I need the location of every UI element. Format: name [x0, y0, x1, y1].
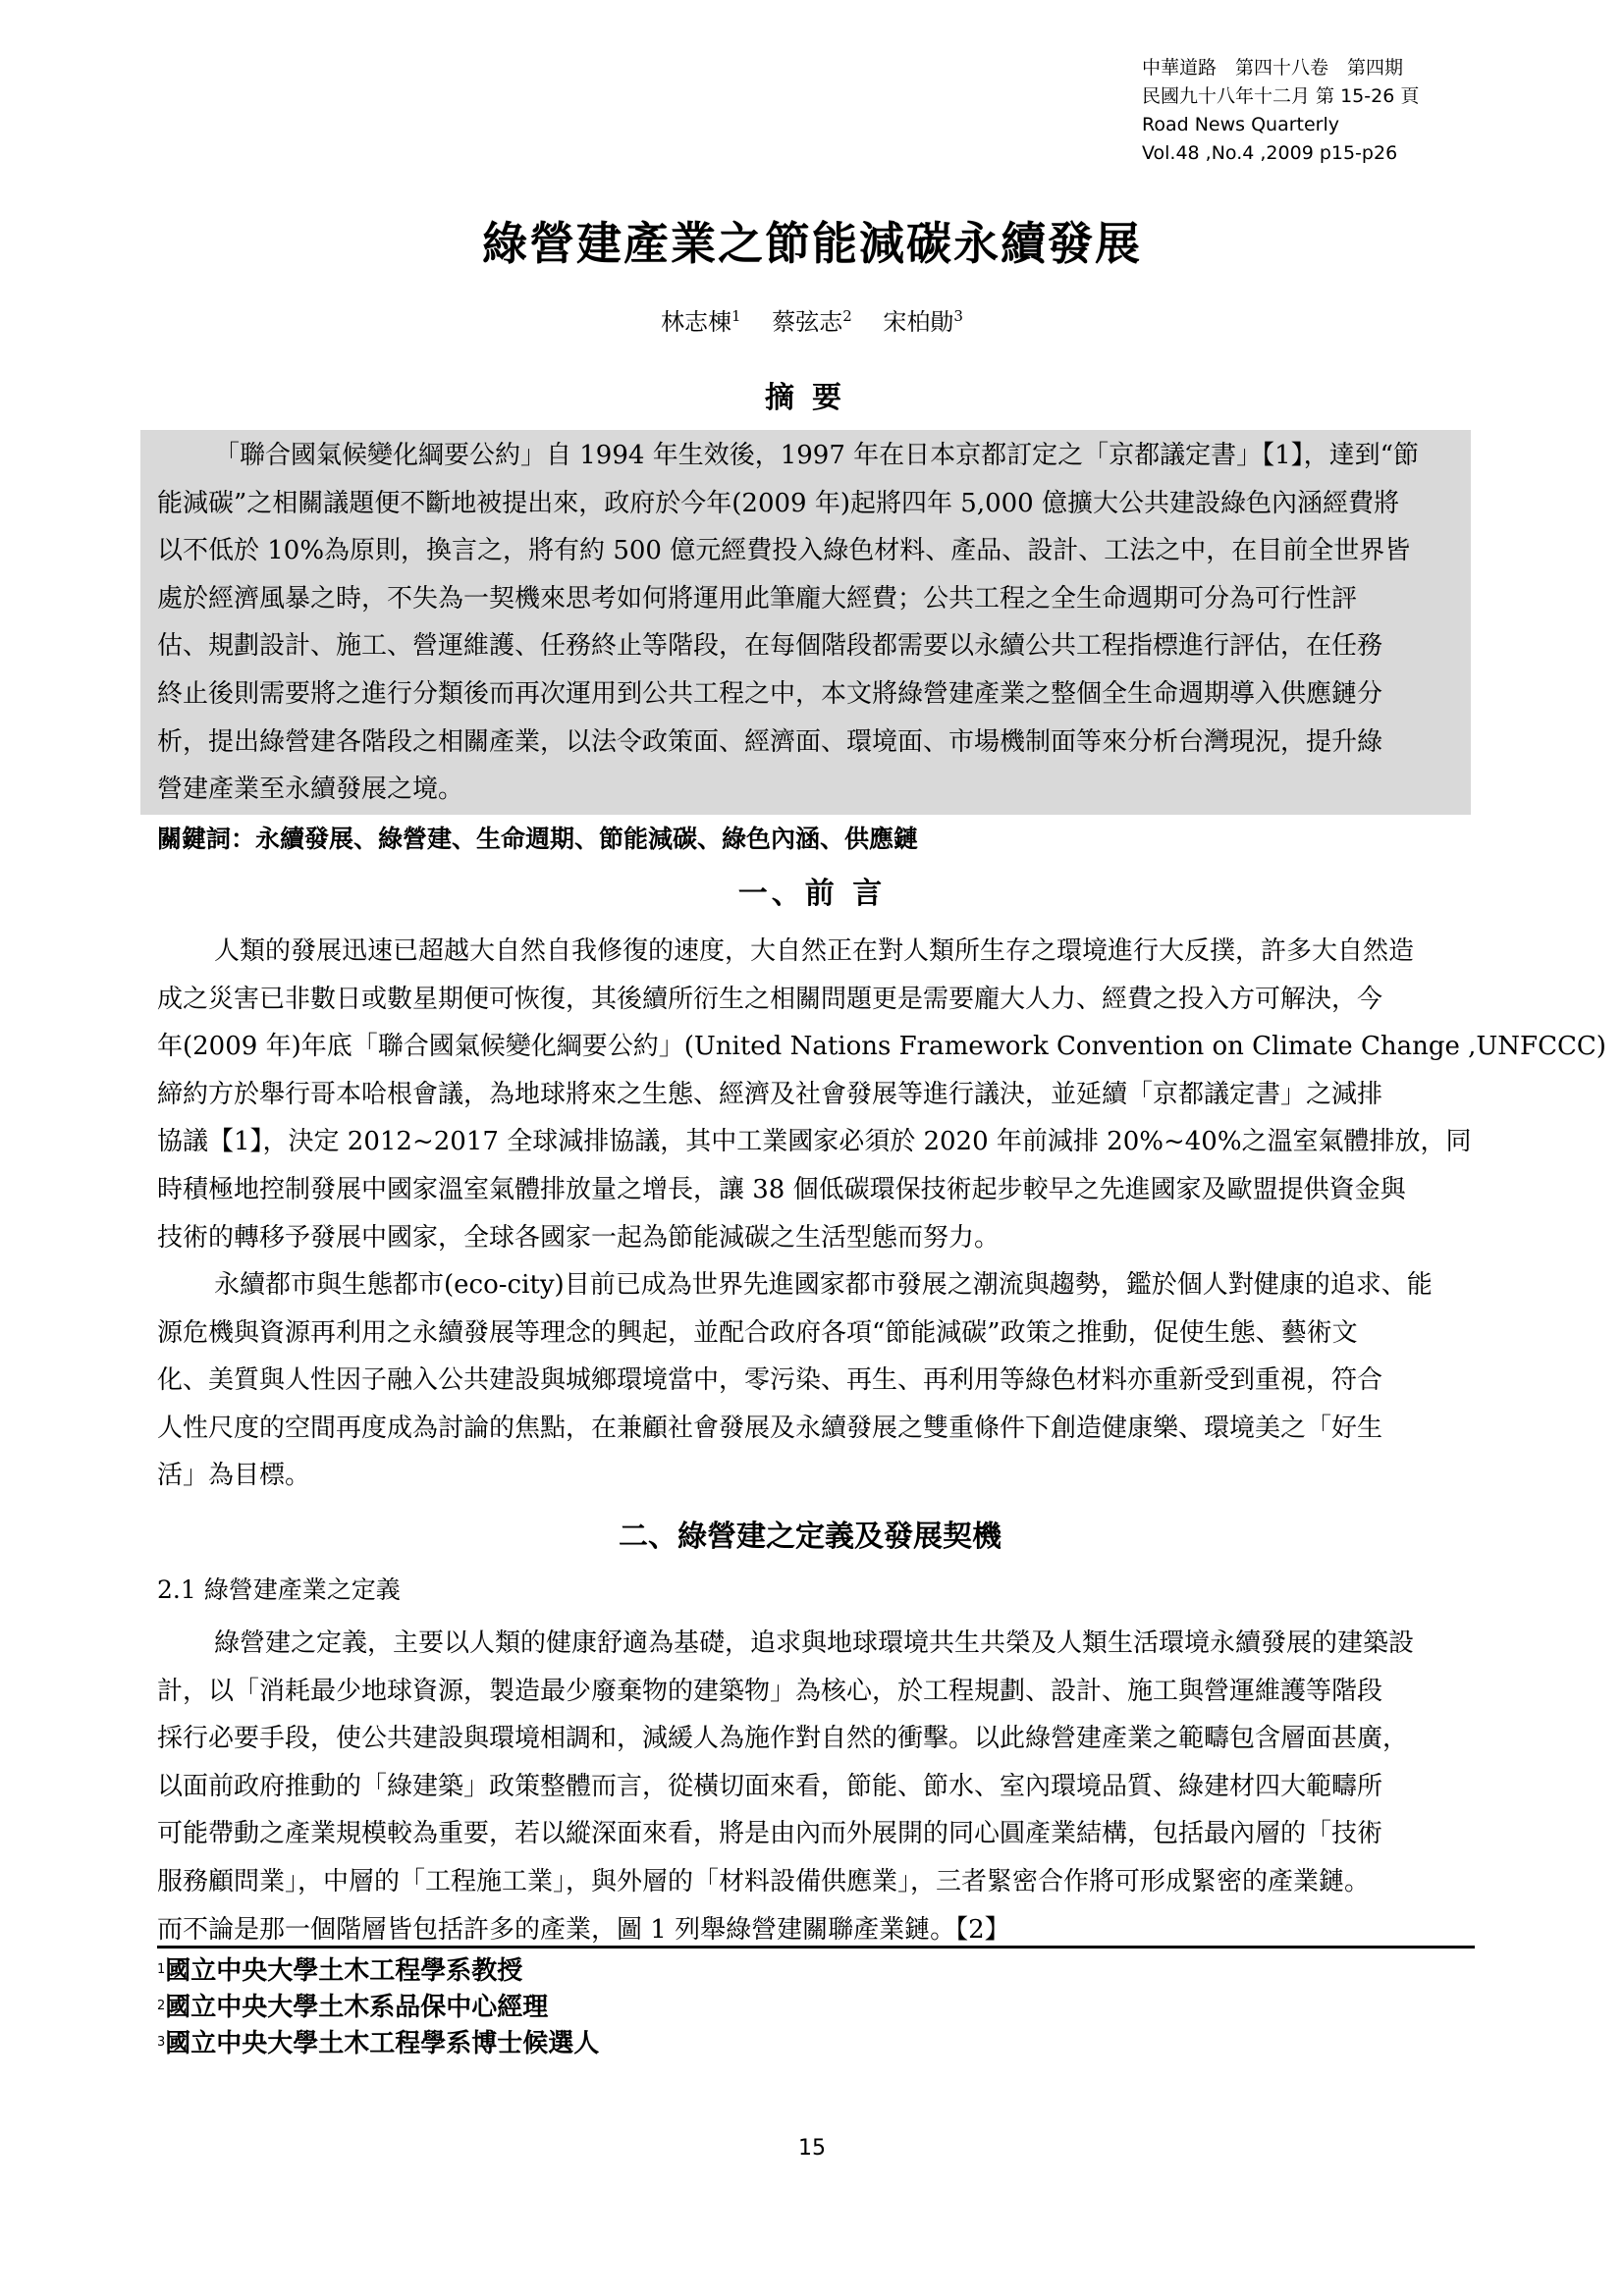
- author-name: 蔡弦志: [772, 308, 842, 336]
- intro-paragraph-1: 人類的發展迅速已超越大自然自我修復的速度，大自然正在對人類所生存之環境進行大反撲…: [157, 928, 1478, 1261]
- author-name: 宋柏勛: [883, 308, 953, 336]
- text-line: 以面前政府推動的「綠建築」政策整體而言，從橫切面來看，節能、節水、室內環境品質、…: [157, 1763, 1478, 1811]
- intro-paragraph-2: 永續都市與生態都市(eco-city)目前已成為世界先進國家都市發展之潮流與趨勢…: [157, 1261, 1478, 1500]
- abstract-line: 營建產業至永續發展之境。: [157, 766, 1468, 814]
- section-heading-introduction: 一、前 言: [0, 869, 1624, 912]
- author: 蔡弦志2: [772, 308, 852, 336]
- abstract-line: 處於經濟風暴之時，不失為一契機來思考如何將運用此筆龐大經費；公共工程之全生命週期…: [157, 575, 1468, 623]
- paper-title: 綠營建產業之節能減碳永續發展: [0, 208, 1624, 273]
- journal-header: 中華道路 第四十八卷 第四期 民國九十八年十二月 第 15-26 頁 Road …: [1142, 54, 1515, 168]
- author-affiliation-mark: 1: [731, 307, 741, 325]
- text-line: 活」為目標。: [157, 1452, 1478, 1500]
- text-line: 永續都市與生態都市(eco-city)目前已成為世界先進國家都市發展之潮流與趨勢…: [157, 1261, 1478, 1309]
- abstract-line: 終止後則需要將之進行分類後而再次運用到公共工程之中，本文將綠營建產業之整個全生命…: [157, 670, 1468, 719]
- author: 宋柏勛3: [883, 308, 963, 336]
- abstract-line: 「聯合國氣候變化綱要公約」自 1994 年生效後，1997 年在日本京都訂定之「…: [157, 432, 1468, 480]
- abstract-body: 「聯合國氣候變化綱要公約」自 1994 年生效後，1997 年在日本京都訂定之「…: [157, 432, 1468, 814]
- text-line: 服務顧問業」，中層的「工程施工業」，與外層的「材料設備供應業」，三者緊密合作將可…: [157, 1858, 1478, 1906]
- section-heading-green-construction: 二、綠營建之定義及發展契機: [137, 1512, 1483, 1555]
- footnote: 2國立中央大學土木系品保中心經理: [157, 1990, 599, 2026]
- definition-paragraph: 綠營建之定義，主要以人類的健康舒適為基礎，追求與地球環境共生共榮及人類生活環境永…: [157, 1620, 1478, 1953]
- text-line: 源危機與資源再利用之永續發展等理念的興起，並配合政府各項“節能減碳”政策之推動，…: [157, 1309, 1478, 1358]
- abstract-line: 以不低於 10%為原則，換言之，將有約 500 億元經費投入綠色材料、產品、設計…: [157, 527, 1468, 575]
- subsection-title: 2.1 綠營建產業之定義: [157, 1571, 401, 1606]
- journal-name-en: Road News Quarterly: [1142, 111, 1515, 139]
- footnote: 1國立中央大學土木工程學系教授: [157, 1953, 599, 1990]
- text-line: 協議【1】，決定 2012~2017 全球減排協議，其中工業國家必須於 2020…: [157, 1118, 1478, 1166]
- text-line: 計，以「消耗最少地球資源，製造最少廢棄物的建築物」為核心，於工程規劃、設計、施工…: [157, 1668, 1478, 1716]
- footnote-divider: [157, 1946, 1475, 1949]
- text-line: 化、美質與人性因子融入公共建設與城鄉環境當中，零污染、再生、再利用等綠色材料亦重…: [157, 1357, 1478, 1405]
- journal-date-line: 民國九十八年十二月 第 15-26 頁: [1142, 82, 1515, 111]
- journal-volume-en: Vol.48 ,No.4 ,2009 p15-p26: [1142, 139, 1515, 168]
- footnote-mark: 3: [157, 2035, 165, 2050]
- text-line: 時積極地控制發展中國家溫室氣體排放量之增長，讓 38 個低碳環保技術起步較早之先…: [157, 1166, 1478, 1214]
- keywords: 關鍵詞：永續發展、綠營建、生命週期、節能減碳、綠色內涵、供應鏈: [157, 820, 1473, 855]
- text-line: 技術的轉移予發展中國家，全球各國家一起為節能減碳之生活型態而努力。: [157, 1214, 1478, 1262]
- text-line: 年(2009 年)年底「聯合國氣候變化綱要公約」(United Nations …: [157, 1023, 1478, 1071]
- page-number: 15: [0, 2136, 1624, 2161]
- footnote-mark: 1: [157, 1962, 165, 1977]
- text-line: 人性尺度的空間再度成為討論的焦點，在兼顧社會發展及永續發展之雙重條件下創造健康樂…: [157, 1405, 1478, 1453]
- author-affiliation-mark: 2: [842, 307, 852, 325]
- text-line: 成之災害已非數日或數星期便可恢復，其後續所衍生之相關問題更是需要龐大人力、經費之…: [157, 976, 1478, 1024]
- footnote: 3國立中央大學土木工程學系博士候選人: [157, 2026, 599, 2062]
- abstract-line: 能減碳”之相關議題便不斷地被提出來，政府於今年(2009 年)起將四年 5,00…: [157, 480, 1468, 528]
- footnote-text: 國立中央大學土木工程學系博士候選人: [165, 2029, 599, 2058]
- text-line: 可能帶動之產業規模較為重要，若以縱深面來看，將是由內而外展開的同心圓產業結構，包…: [157, 1810, 1478, 1858]
- abstract-heading: 摘要: [0, 373, 1624, 416]
- text-line: 締約方於舉行哥本哈根會議，為地球將來之生態、經濟及社會發展等進行議決，並延續「京…: [157, 1071, 1478, 1119]
- text-line: 採行必要手段，使公共建設與環境相調和，減緩人為施作對自然的衝擊。以此綠營建產業之…: [157, 1715, 1478, 1763]
- text-line: 人類的發展迅速已超越大自然自我修復的速度，大自然正在對人類所生存之環境進行大反撲…: [157, 928, 1478, 976]
- abstract-line: 估、規劃設計、施工、營運維護、任務終止等階段，在每個階段都需要以永續公共工程指標…: [157, 622, 1468, 670]
- journal-name-line: 中華道路 第四十八卷 第四期: [1142, 54, 1515, 82]
- footnote-text: 國立中央大學土木系品保中心經理: [165, 1993, 548, 2022]
- author-list: 林志棟1 蔡弦志2 宋柏勛3: [0, 302, 1624, 337]
- author-affiliation-mark: 3: [953, 307, 963, 325]
- footnote-mark: 2: [157, 1999, 165, 2013]
- abstract-line: 析，提出綠營建各階段之相關產業，以法令政策面、經濟面、環境面、市場機制面等來分析…: [157, 719, 1468, 767]
- footnote-text: 國立中央大學土木工程學系教授: [165, 1956, 522, 1986]
- author: 林志棟1: [661, 308, 741, 336]
- text-line: 綠營建之定義，主要以人類的健康舒適為基礎，追求與地球環境共生共榮及人類生活環境永…: [157, 1620, 1478, 1668]
- author-name: 林志棟: [661, 308, 731, 336]
- footnotes: 1國立中央大學土木工程學系教授 2國立中央大學土木系品保中心經理 3國立中央大學…: [157, 1953, 599, 2062]
